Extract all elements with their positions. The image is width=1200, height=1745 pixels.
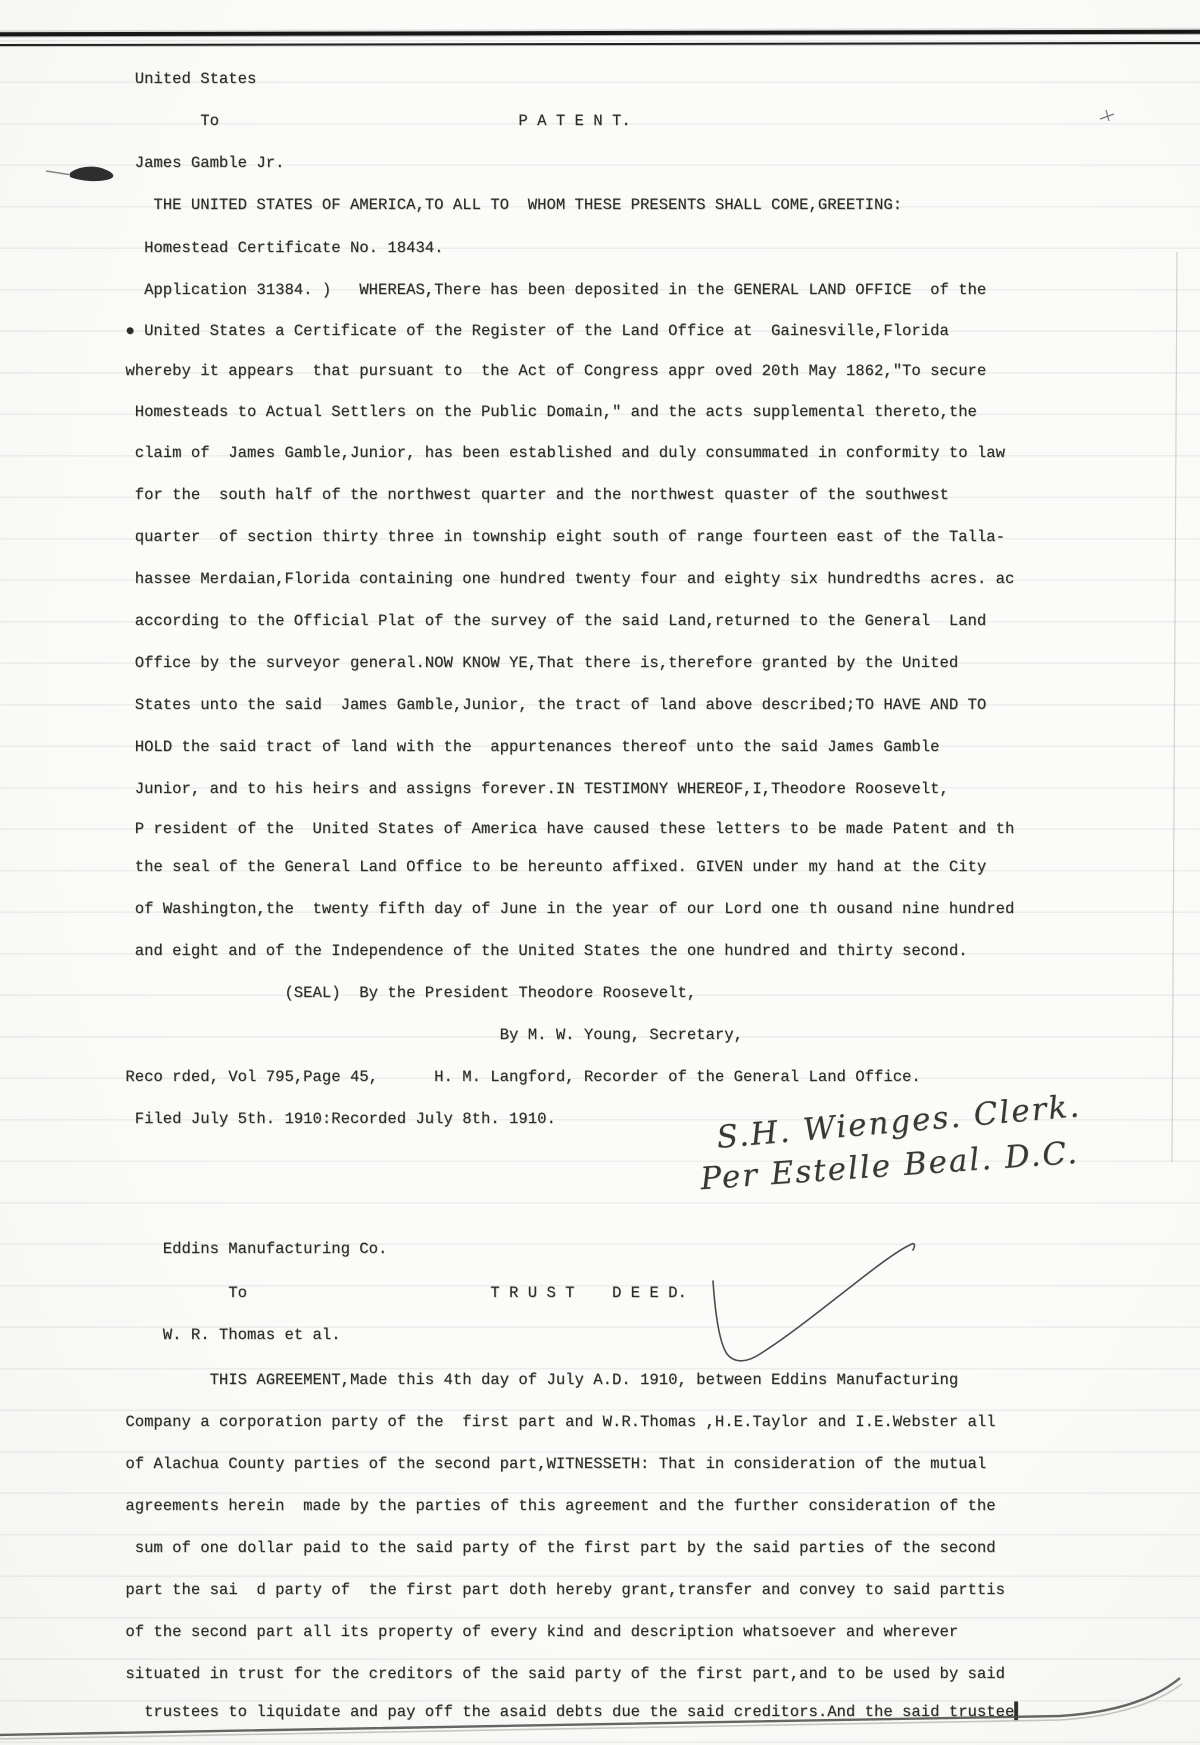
recorded-volume-line: Reco rded, Vol 795,Page 45, H. M. Langfo… <box>116 1068 921 1087</box>
body-line: HOLD the said tract of land with the app… <box>116 738 939 757</box>
body-line: and eight and of the Independence of the… <box>116 942 968 961</box>
body-line: part the sai d party of the first part d… <box>116 1581 1005 1600</box>
body-line: Junior, and to his heirs and assigns for… <box>116 780 949 799</box>
body-line: quarter of section thirty three in towns… <box>116 528 1005 547</box>
body-line: hassee Merdaian,Florida containing one h… <box>116 570 1014 589</box>
body-line: Homesteads to Actual Settlers on the Pub… <box>116 403 977 422</box>
secretary-line: By M. W. Young, Secretary, <box>116 1026 743 1045</box>
trust-to-and-title-line: To T R U S T D E E D. <box>116 1284 687 1303</box>
body-line: P resident of the United States of Ameri… <box>116 820 1014 839</box>
body-line: for the south half of the northwest quar… <box>116 486 949 505</box>
patent-grantor-line: United States <box>116 70 256 89</box>
scanned-document-page: United States To P A T E N T. James Gamb… <box>0 0 1200 1745</box>
body-line: of Alachua County parties of the second … <box>116 1455 986 1474</box>
body-line: claim of James Gamble,Junior, has been e… <box>116 444 1005 463</box>
trust-grantor-line: Eddins Manufacturing Co. <box>116 1240 387 1259</box>
body-line: trustees to liquidate and pay off the as… <box>116 1703 1024 1722</box>
homestead-certificate-line: Homestead Certificate No. 18434. <box>116 239 444 258</box>
body-line: THIS AGREEMENT,Made this 4th day of July… <box>116 1371 958 1390</box>
body-line: of the second part all its property of e… <box>116 1623 958 1642</box>
body-line: ● United States a Certificate of the Reg… <box>116 322 949 341</box>
body-line: situated in trust for the creditors of t… <box>116 1665 1005 1684</box>
seal-president-line: (SEAL) By the President Theodore Rooseve… <box>116 984 696 1003</box>
body-line: Company a corporation party of the first… <box>116 1413 996 1432</box>
patent-grantee-line: James Gamble Jr. <box>116 154 284 173</box>
body-line: the seal of the General Land Office to b… <box>116 858 986 877</box>
body-line: agreements herein made by the parties of… <box>116 1497 996 1516</box>
body-line: of Washington,the twenty fifth day of Ju… <box>116 900 1014 919</box>
patent-greeting-line: THE UNITED STATES OF AMERICA,TO ALL TO W… <box>116 196 902 215</box>
patent-to-and-title-line: To P A T E N T. <box>116 112 631 131</box>
body-line: States unto the said James Gamble,Junior… <box>116 696 986 715</box>
body-line: Office by the surveyor general.NOW KNOW … <box>116 654 958 673</box>
trust-grantee-line: W. R. Thomas et al. <box>116 1326 341 1345</box>
body-line: sum of one dollar paid to the said party… <box>116 1539 996 1558</box>
application-line: Application 31384. ) WHEREAS,There has b… <box>116 281 986 300</box>
typewritten-text-layer: United States To P A T E N T. James Gamb… <box>0 0 1200 1745</box>
filed-recorded-dates-line: Filed July 5th. 1910:Recorded July 8th. … <box>116 1110 556 1129</box>
body-line: according to the Official Plat of the su… <box>116 612 986 631</box>
body-line: whereby it appears that pursuant to the … <box>116 362 986 381</box>
